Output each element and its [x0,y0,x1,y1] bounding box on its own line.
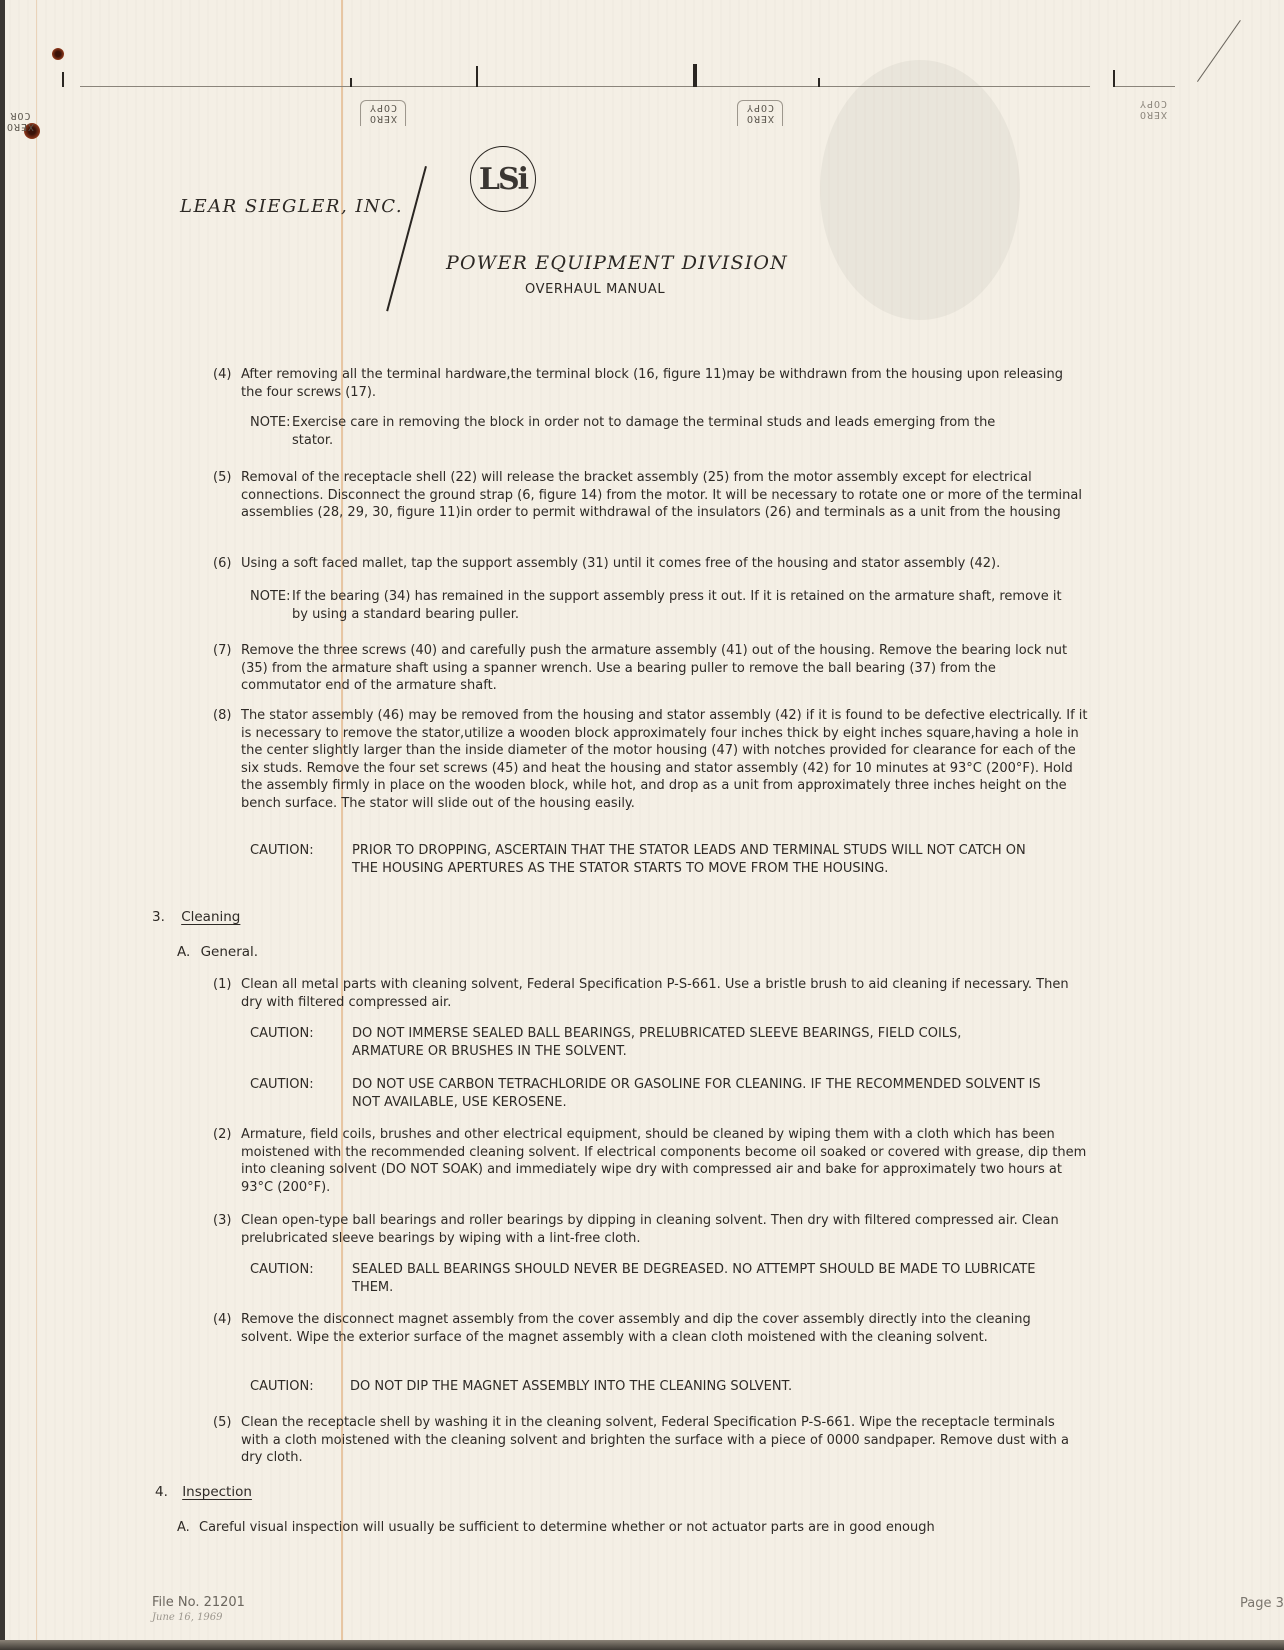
step-text: After removing all the terminal hardware… [241,366,1071,401]
header-divider [386,166,427,311]
crop-mark [1197,20,1241,82]
note-label: NOTE: [250,414,291,432]
caution-label: CAUTION: [250,842,314,860]
item-text: Careful visual inspection will usually b… [199,1519,1099,1537]
step-number: (4) [213,1311,231,1329]
caution-text: PRIOR TO DROPPING, ASCERTAIN THAT THE ST… [352,842,1052,877]
caution-text: SEALED BALL BEARINGS SHOULD NEVER BE DEG… [352,1261,1052,1296]
handwritten-date: June 16, 1969 [152,1612,223,1623]
company-name: LEAR SIEGLER, INC. [180,196,403,217]
section-title: Cleaning [181,909,240,925]
note-label: NOTE: [250,588,291,606]
step-text: Remove the disconnect magnet assembly fr… [241,1311,1081,1346]
section-heading: 3. Cleaning [152,909,240,927]
xero-copy-stamp: XERO COPY [360,100,406,126]
smudge [820,60,1020,320]
division-name: POWER EQUIPMENT DIVISION [446,252,788,274]
subsection-heading: A. General. [177,944,258,962]
step-number: (4) [213,366,231,384]
section-title: Inspection [182,1484,252,1500]
step-text: Clean the receptacle shell by washing it… [241,1414,1071,1467]
caution-label: CAUTION: [250,1076,314,1094]
step-text: Armature, field coils, brushes and other… [241,1126,1091,1196]
page-edge [0,1640,1284,1650]
file-number: File No. 21201 [152,1595,245,1610]
document-type: OVERHAUL MANUAL [525,282,665,297]
page-number: Page 3 [1240,1596,1284,1611]
step-number: (5) [213,1414,231,1432]
step-text: Using a soft faced mallet, tap the suppo… [241,555,1093,573]
section-number: 4. [155,1484,168,1500]
xero-copy-stamp: XERO COPY [737,100,783,126]
crop-mark [350,78,352,87]
step-number: (1) [213,976,231,994]
logo-text: LSi [479,162,527,197]
step-number: (2) [213,1126,231,1144]
step-number: (7) [213,642,231,660]
subsection-title: General. [201,944,259,960]
page-edge [0,0,5,1650]
step-number: (3) [213,1212,231,1230]
step-text: The stator assembly (46) may be removed … [241,707,1093,812]
section-number: 3. [152,909,165,925]
caution-label: CAUTION: [250,1261,314,1279]
xero-copy-stamp: XERO COPY [1133,96,1173,122]
step-text: Remove the three screws (40) and careful… [241,642,1079,695]
note-text: If the bearing (34) has remained in the … [292,588,1072,623]
section-heading: 4. Inspection [155,1484,252,1502]
margin-rule [36,0,37,1650]
step-number: (8) [213,707,231,725]
caution-text: DO NOT IMMERSE SEALED BALL BEARINGS, PRE… [352,1025,1032,1060]
step-text: Removal of the receptacle shell (22) wil… [241,469,1093,522]
crop-mark [1113,70,1115,87]
margin-rule [341,0,343,1650]
step-text: Clean all metal parts with cleaning solv… [241,976,1093,1011]
document-page: XERO COPY XERO COPY XERO COPY XERO COR L… [0,0,1284,1650]
crop-mark [818,78,820,87]
crop-mark [476,66,478,87]
crop-line [1115,86,1175,87]
punch-hole-mark [52,48,64,60]
subsection-letter: A. [177,944,190,960]
caution-label: CAUTION: [250,1378,314,1396]
caution-text: DO NOT DIP THE MAGNET ASSEMBLY INTO THE … [350,1378,1050,1396]
xero-copy-stamp: XERO COR [0,108,40,134]
crop-mark [693,64,697,87]
crop-mark [62,72,64,87]
step-number: (6) [213,555,231,573]
caution-text: DO NOT USE CARBON TETRACHLORIDE OR GASOL… [352,1076,1072,1111]
caution-label: CAUTION: [250,1025,314,1043]
step-text: Clean open-type ball bearings and roller… [241,1212,1061,1247]
company-logo: LSi [470,146,536,212]
step-number: (5) [213,469,231,487]
note-text: Exercise care in removing the block in o… [292,414,1032,449]
item-letter: A. [177,1519,190,1537]
